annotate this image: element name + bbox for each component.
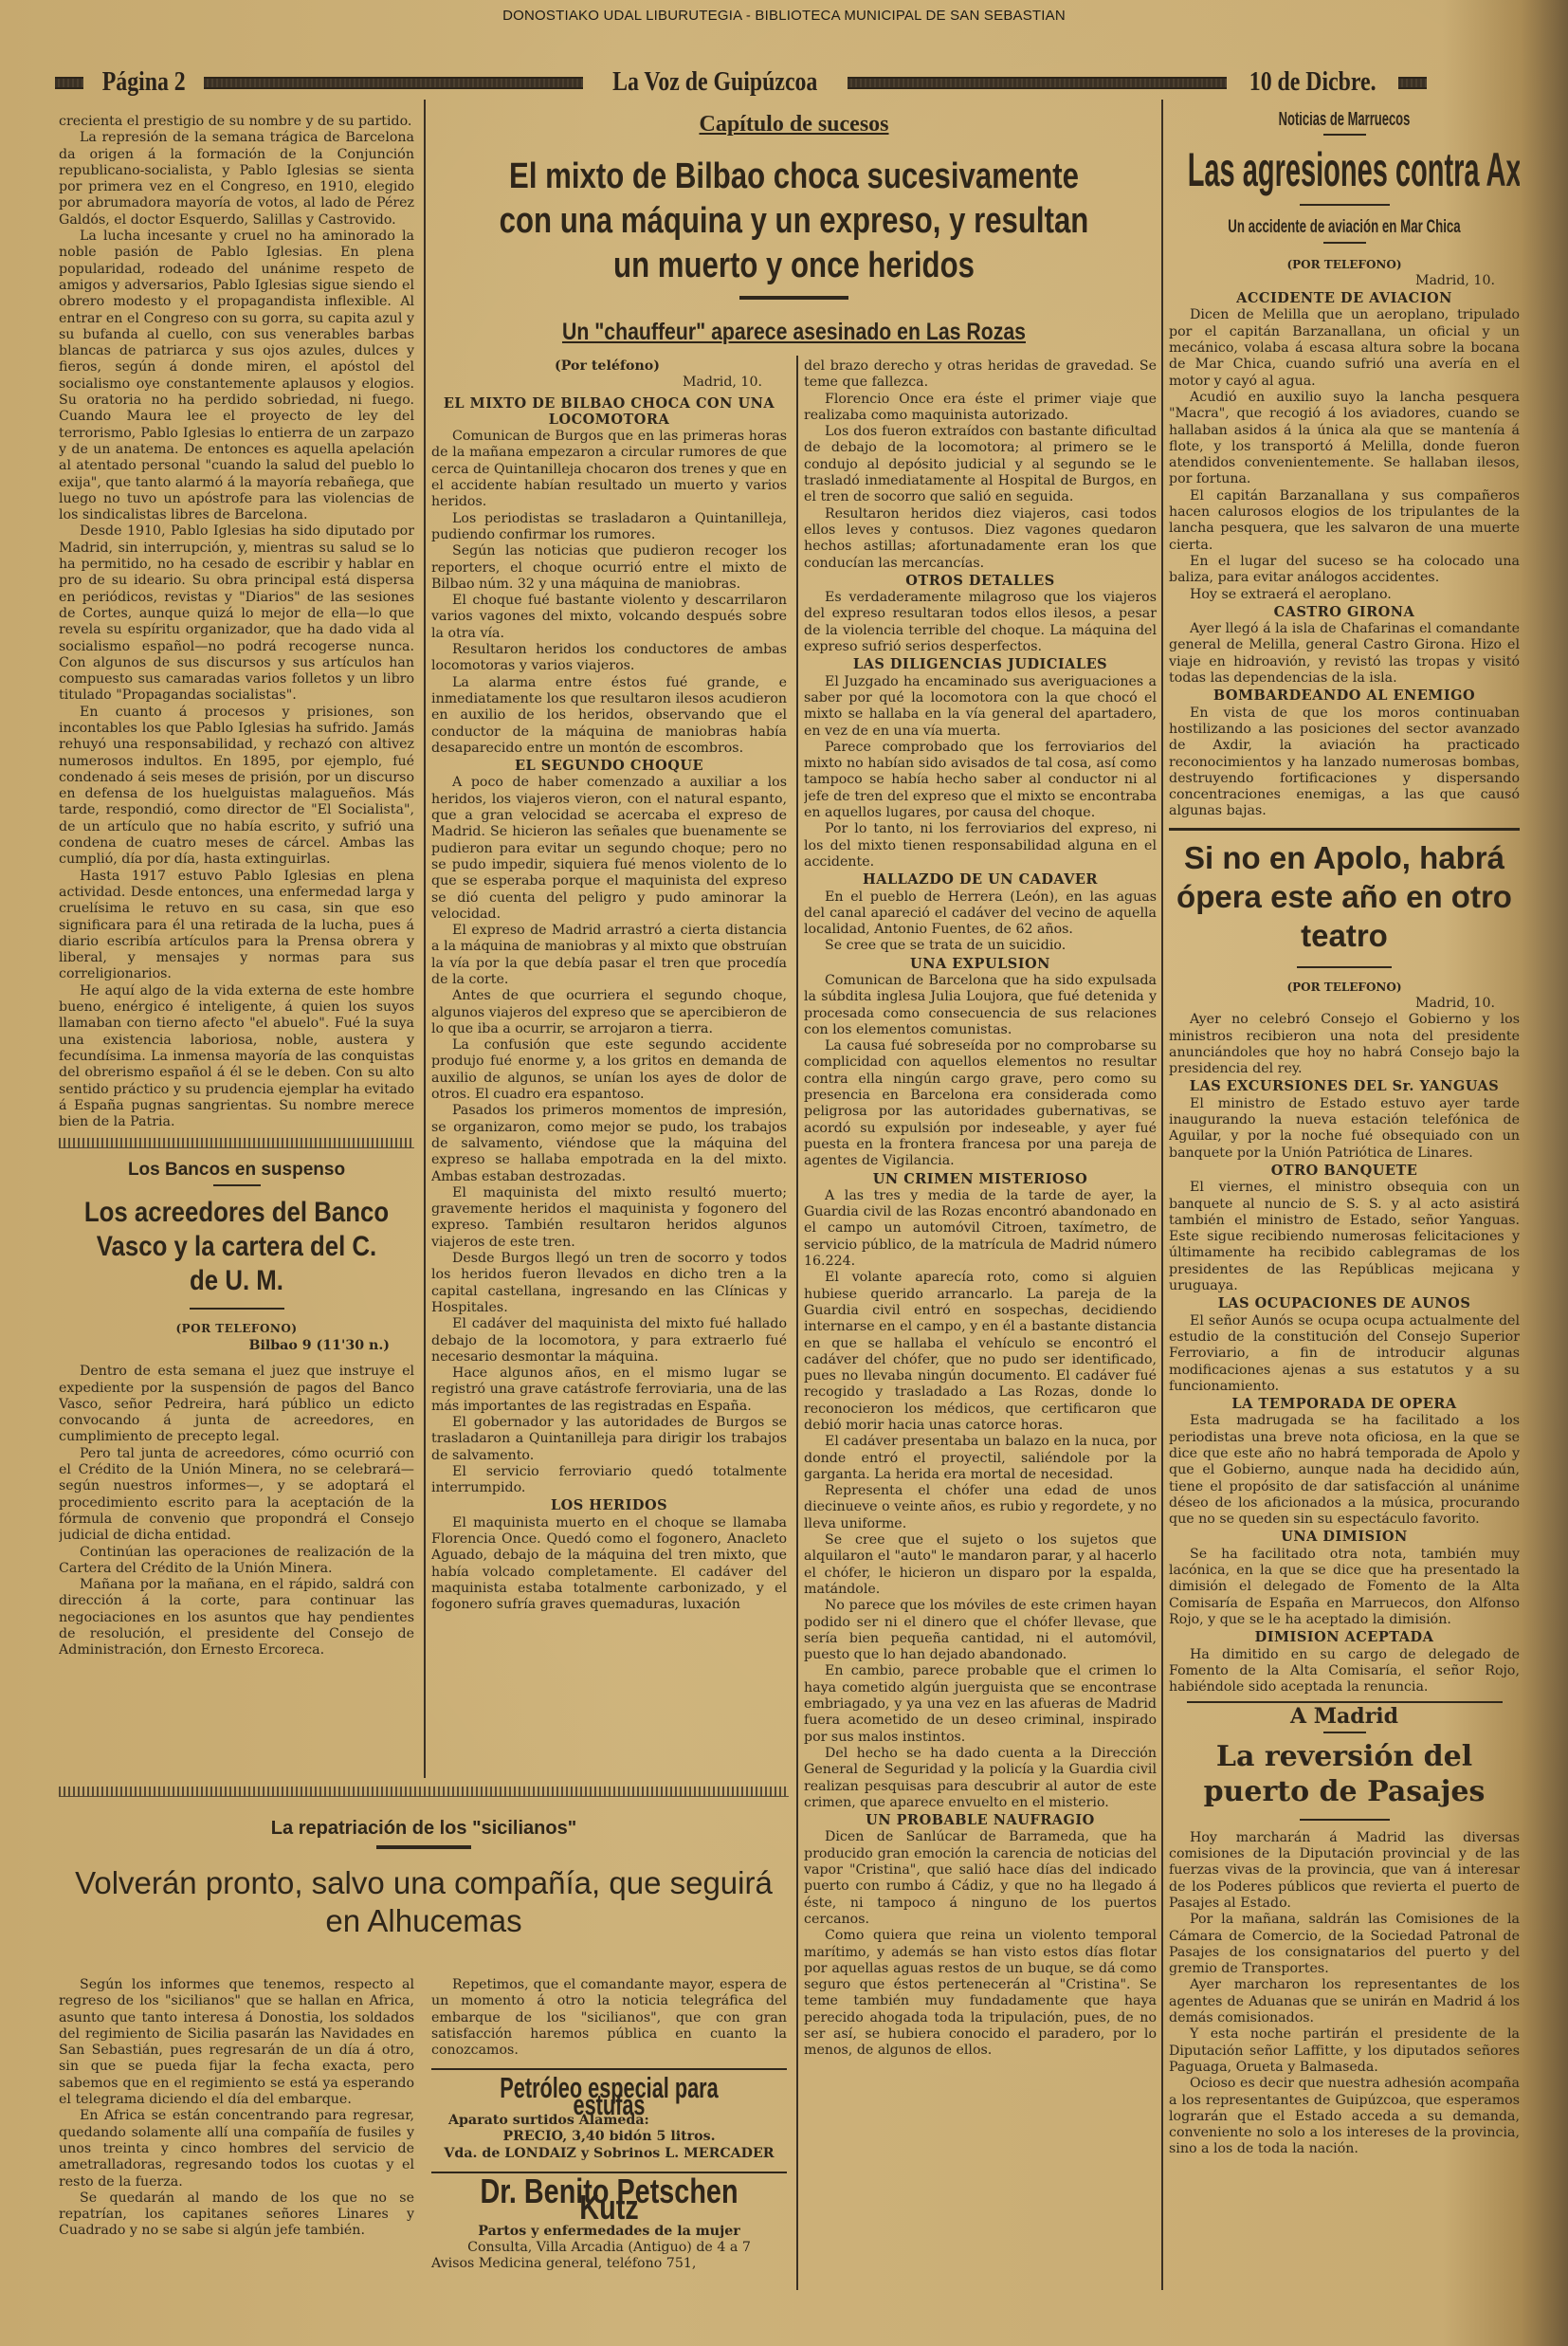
paragraph: Del hecho se ha dado cuenta a la Direcci… — [804, 1746, 1157, 1811]
paragraph: Por la mañana, saldrán las Comisiones de… — [1169, 1912, 1520, 1977]
subheading: LOS HERIDOS — [431, 1497, 787, 1513]
rule — [1300, 1819, 1390, 1821]
sicilianos-body-continued: Repetimos, que el comandante mayor, espe… — [431, 1977, 787, 2272]
ad-price: PRECIO, 3,40 bidón 5 litros. — [431, 2129, 787, 2145]
subheading: EL SEGUNDO CHOQUE — [431, 758, 787, 774]
paragraph: Resultaron heridos los conductores de am… — [431, 642, 787, 675]
masthead-rule — [204, 77, 583, 89]
subheading: EL MIXTO DE BILBAO CHOCA CON UNA LOCOMOT… — [431, 395, 787, 429]
paragraph: La alarma entre éstos fué grande, e inme… — [431, 675, 787, 757]
paragraph: Hoy marcharán á Madrid las diversas comi… — [1169, 1830, 1520, 1912]
paragraph: La represión de la semana trágica de Bar… — [59, 130, 414, 229]
paragraph: Acudió en auxilio suyo la lancha pesquer… — [1169, 390, 1520, 488]
subheading: UNA DIMISION — [1169, 1529, 1520, 1545]
rule — [1323, 242, 1366, 244]
subheading: CASTRO GIRONA — [1169, 604, 1520, 620]
paragraph: Continúan las operaciones de realización… — [59, 1545, 414, 1578]
section-divider — [59, 1138, 414, 1148]
paragraph: Dentro de esta semana el juez que instru… — [59, 1364, 414, 1445]
paragraph: El choque fué bastante violento y descar… — [431, 593, 787, 642]
column-1: crecienta el prestigio de su nombre y de… — [59, 114, 414, 1773]
paragraph: El cadáver presentaba un balazo en la nu… — [804, 1434, 1157, 1483]
source-label: (Por teléfono) — [431, 358, 787, 375]
rule — [739, 296, 848, 300]
headline-sicilianos: Volverán pronto, salvo una compañía, que… — [59, 1864, 789, 1940]
paragraph: Esta madrugada se ha facilitado a los pe… — [1169, 1413, 1520, 1528]
rule — [1297, 966, 1392, 968]
subheading: LAS OCUPACIONES DE AUNOS — [1169, 1295, 1520, 1311]
dateline: Madrid, 10. — [1169, 273, 1520, 289]
newspaper-title: La Voz de Guipúzcoa — [603, 67, 828, 98]
paragraph: El volante aparecía roto, como si alguie… — [804, 1270, 1157, 1434]
ad-line: Vda. de LONDAIZ y Sobrinos L. MERCADER — [431, 2146, 787, 2162]
paragraph: Florencio Once era éste el primer viaje … — [804, 392, 1157, 425]
paragraph: La lucha incesante y cruel no ha aminora… — [59, 229, 414, 523]
paragraph: Como quiera que reina un violento tempor… — [804, 1928, 1157, 2059]
section-kicker: Noticias de Marruecos — [1231, 112, 1459, 128]
rule — [1323, 1732, 1366, 1733]
rule — [1169, 828, 1520, 831]
paragraph: Repetimos, que el comandante mayor, espe… — [431, 1977, 787, 2059]
paragraph: Hoy se extraerá el aeroplano. — [1169, 587, 1520, 603]
paragraph: Resultaron heridos diez viajeros, casi t… — [804, 506, 1157, 572]
paragraph: En el pueblo de Herrera (León), en las a… — [804, 889, 1157, 939]
paragraph: En el lugar del suceso se ha colocado un… — [1169, 554, 1520, 587]
paragraph: Comunican de Burgos que en las primeras … — [431, 429, 787, 510]
subheading: DIMISION ACEPTADA — [1169, 1629, 1520, 1645]
pablo-iglesias-article: crecienta el prestigio de su nombre y de… — [59, 114, 414, 1130]
paragraph: Representa el chófer una edad de unos di… — [804, 1483, 1157, 1532]
paragraph: La confusión que este segundo accidente … — [431, 1037, 787, 1103]
ad-petroleo: Petróleo especial para estufas Aparato s… — [431, 2080, 787, 2161]
subheading: LAS DILIGENCIAS JUDICIALES — [804, 656, 1157, 672]
ad-doctor: Dr. Benito Petschen Kutz Partos y enferm… — [431, 2183, 787, 2272]
column-4: Noticias de Marruecos Las agresiones con… — [1169, 112, 1520, 2321]
archive-header: DONOSTIAKO UDAL LIBURUTEGIA - BIBLIOTECA… — [0, 8, 1568, 24]
subheadline-chauffeur: Un "chauffeur" aparece asesinado en Las … — [485, 319, 1102, 346]
paragraph: El ministro de Estado estuvo ayer tarde … — [1169, 1096, 1520, 1162]
paragraph: En cambio, parece probable que el crimen… — [804, 1663, 1157, 1745]
paragraph: Se quedarán al mando de los que no se re… — [59, 2190, 414, 2240]
paragraph: El maquinista del mixto resultó muerto; … — [431, 1185, 787, 1251]
subheadline-mar-chica: Un accidente de aviación en Mar Chica — [1222, 219, 1468, 235]
sucesos-col2-content: EL MIXTO DE BILBAO CHOCA CON UNA LOCOMOT… — [431, 395, 787, 1614]
paragraph: Los periodistas se trasladaron a Quintan… — [431, 511, 787, 544]
subheading: UN PROBABLE NAUFRAGIO — [804, 1812, 1157, 1828]
headline-pasajes: La reversión del puerto de Pasajes — [1169, 1739, 1520, 1809]
section-kicker: La repatriación de los "sicilianos" — [59, 1818, 789, 1840]
masthead-rule — [1398, 77, 1427, 89]
page-number: Página 2 — [93, 67, 195, 98]
paragraph: Parece comprobado que los ferroviarios d… — [804, 740, 1157, 821]
column-2: (Por teléfono) Madrid, 10. EL MIXTO DE B… — [431, 358, 787, 1781]
paragraph: del brazo derecho y otras heridas de gra… — [804, 358, 1157, 392]
section-kicker: Los Bancos en suspenso — [59, 1162, 414, 1178]
paragraph: El señor Aunós se ocupa ocupa actualment… — [1169, 1313, 1520, 1395]
rule — [376, 1845, 471, 1849]
opera-content: Ayer no celebró Consejo el Gobierno y lo… — [1169, 1012, 1520, 1695]
section-divider — [59, 1787, 789, 1797]
masthead: Página 2 La Voz de Guipúzcoa 10 de Dicbr… — [55, 68, 1524, 97]
source-label: (POR TELEFONO) — [1169, 257, 1520, 273]
masthead-rule — [848, 77, 1227, 89]
paragraph: Ayer no celebró Consejo el Gobierno y lo… — [1169, 1012, 1520, 1077]
rule — [213, 1184, 261, 1186]
headline-opera: Si no en Apolo, habrá ópera este año en … — [1169, 838, 1520, 955]
paragraph: En Africa se están concentrando para reg… — [59, 2108, 414, 2190]
headline-axdir: Las agresiones contra Axdir — [1188, 141, 1502, 198]
paragraph: Hasta 1917 estuvo Pablo Iglesias en plen… — [59, 869, 414, 983]
dateline: Madrid, 10. — [1169, 996, 1520, 1012]
paragraph: En cuanto á procesos y prisiones, son in… — [59, 705, 414, 869]
newspaper-page: DONOSTIAKO UDAL LIBURUTEGIA - BIBLIOTECA… — [0, 0, 1568, 2346]
sucesos-col3-content: del brazo derecho y otras heridas de gra… — [804, 358, 1157, 2060]
marruecos-content: ACCIDENTE DE AVIACIONDicen de Melilla qu… — [1169, 290, 1520, 820]
paragraph: crecienta el prestigio de su nombre y de… — [59, 114, 414, 130]
paragraph: A las tres y media de la tarde de ayer, … — [804, 1188, 1157, 1270]
paragraph: El capitán Barzanallana y sus compañeros… — [1169, 488, 1520, 554]
subheading: HALLAZDO DE UN CADAVER — [804, 871, 1157, 888]
headline-banco-vasco: Los acreedores del Banco Vasco y la cart… — [83, 1196, 390, 1298]
column-3: del brazo derecho y otras heridas de gra… — [804, 358, 1157, 2312]
dateline: Madrid, 10. — [431, 375, 787, 391]
paragraph: Se ha facilitado otra nota, también muy … — [1169, 1547, 1520, 1628]
paragraph: Desde Burgos llegó un tren de socorro y … — [431, 1251, 787, 1316]
ad-line: Consulta, Villa Arcadia (Antiguo) de 4 a… — [431, 2240, 787, 2256]
paragraph: Ocioso es decir que nuestra adhesión aco… — [1169, 2076, 1520, 2157]
paragraph: El expreso de Madrid arrastró a cierta d… — [431, 923, 787, 988]
sicilianos-article: La repatriación de los "sicilianos" Volv… — [59, 1787, 789, 1940]
ad-line: Avisos Medicina general, teléfono 751, — [431, 2256, 787, 2272]
paragraph: Comunican de Barcelona que ha sido expul… — [804, 973, 1157, 1038]
paragraph: Ayer llegó á la isla de Chafarinas el co… — [1169, 621, 1520, 687]
paragraph: Ayer marcharon los representantes de los… — [1169, 1977, 1520, 2026]
section-kicker: Capítulo de sucesos — [431, 112, 1157, 137]
subheading: UN CRIMEN MISTERIOSO — [804, 1171, 1157, 1187]
paragraph: Por lo tanto, ni los ferroviarios del ex… — [804, 821, 1157, 871]
paragraph: Se cree que el sujeto o los sujetos que … — [804, 1532, 1157, 1598]
rule — [1187, 1701, 1503, 1703]
paragraph: Antes de que ocurriera el segundo choque… — [431, 988, 787, 1037]
paragraph: El gobernador y las autoridades de Burgo… — [431, 1415, 787, 1464]
paragraph: No parece que los móviles de este crimen… — [804, 1598, 1157, 1663]
ad-title: Dr. Benito Petschen Kutz — [467, 2183, 752, 2216]
subheading: LAS EXCURSIONES DEL Sr. YANGUAS — [1169, 1078, 1520, 1094]
dateline: Bilbao 9 (11'30 n.) — [59, 1338, 414, 1354]
subheading: ACCIDENTE DE AVIACION — [1169, 290, 1520, 306]
column-rule — [796, 356, 798, 2290]
subheading: LA TEMPORADA DE OPERA — [1169, 1396, 1520, 1412]
subheading: BOMBARDEANDO AL ENEMIGO — [1169, 687, 1520, 704]
section-kicker: A Madrid — [1169, 1709, 1520, 1725]
paragraph: Dicen de Sanlúcar de Barrameda, que ha p… — [804, 1829, 1157, 1928]
paragraph: Pasados los primeros momentos de impresi… — [431, 1103, 787, 1184]
paragraph: Dicen de Melilla que un aeroplano, tripu… — [1169, 307, 1520, 389]
paragraph: Y esta noche partirán el presidente de l… — [1169, 2026, 1520, 2076]
issue-date: 10 de Dicbre. — [1239, 67, 1385, 98]
paragraph: Pero tal junta de acreedores, cómo ocurr… — [59, 1446, 414, 1545]
paragraph: A poco de haber comenzado a auxiliar a l… — [431, 775, 787, 923]
paragraph: El Juzgado ha encaminado sus averiguacio… — [804, 674, 1157, 740]
column-rule — [424, 100, 426, 1778]
subheading: OTROS DETALLES — [804, 573, 1157, 589]
paragraph: Según los informes que tenemos, respecto… — [59, 1977, 414, 2108]
rule — [1323, 134, 1366, 136]
source-label: (POR TELEFONO) — [59, 1321, 414, 1337]
column-rule — [1161, 100, 1163, 2290]
paragraph: Mañana por la mañana, en el rápido, sald… — [59, 1577, 414, 1659]
sicilianos-body: Según los informes que tenemos, respecto… — [59, 1977, 414, 2240]
masthead-rule — [55, 77, 83, 89]
rule — [431, 2068, 787, 2070]
paragraph: Se cree que se trata de un suicidio. — [804, 938, 1157, 954]
paragraph: El viernes, el ministro obsequia con un … — [1169, 1180, 1520, 1294]
paragraph: Es verdaderamente milagroso que los viaj… — [804, 590, 1157, 655]
subheading: UNA EXPULSION — [804, 956, 1157, 972]
headline-mixto-bilbao: El mixto de Bilbao choca sucesivamente c… — [497, 155, 1091, 288]
paragraph: El cadáver del maquinista del mixto fué … — [431, 1316, 787, 1365]
paragraph: En vista de que los moros continuaban ho… — [1169, 706, 1520, 820]
source-label: (POR TELEFONO) — [1169, 980, 1520, 996]
paragraph: Desde 1910, Pablo Iglesias ha sido diput… — [59, 523, 414, 704]
subheading: OTRO BANQUETE — [1169, 1163, 1520, 1179]
paragraph: La causa fué sobreseída por no comprobar… — [804, 1038, 1157, 1169]
ad-title: Petróleo especial para estufas — [484, 2080, 734, 2113]
paragraph: Según las noticias que pudieron recoger … — [431, 543, 787, 593]
paragraph: El servicio ferroviario quedó totalmente… — [431, 1464, 787, 1497]
rule — [1300, 204, 1390, 206]
rule — [190, 1308, 284, 1310]
paragraph: Los dos fueron extraídos con bastante di… — [804, 424, 1157, 505]
paragraph: He aquí algo de la vida externa de este … — [59, 983, 414, 1131]
paragraph: Hace algunos años, en el mismo lugar se … — [431, 1365, 787, 1415]
paragraph: Ha dimitido en su cargo de delegado de F… — [1169, 1647, 1520, 1696]
sucesos-header: Capítulo de sucesos El mixto de Bilbao c… — [431, 112, 1157, 346]
paragraph: El maquinista muerto en el choque se lla… — [431, 1515, 787, 1614]
